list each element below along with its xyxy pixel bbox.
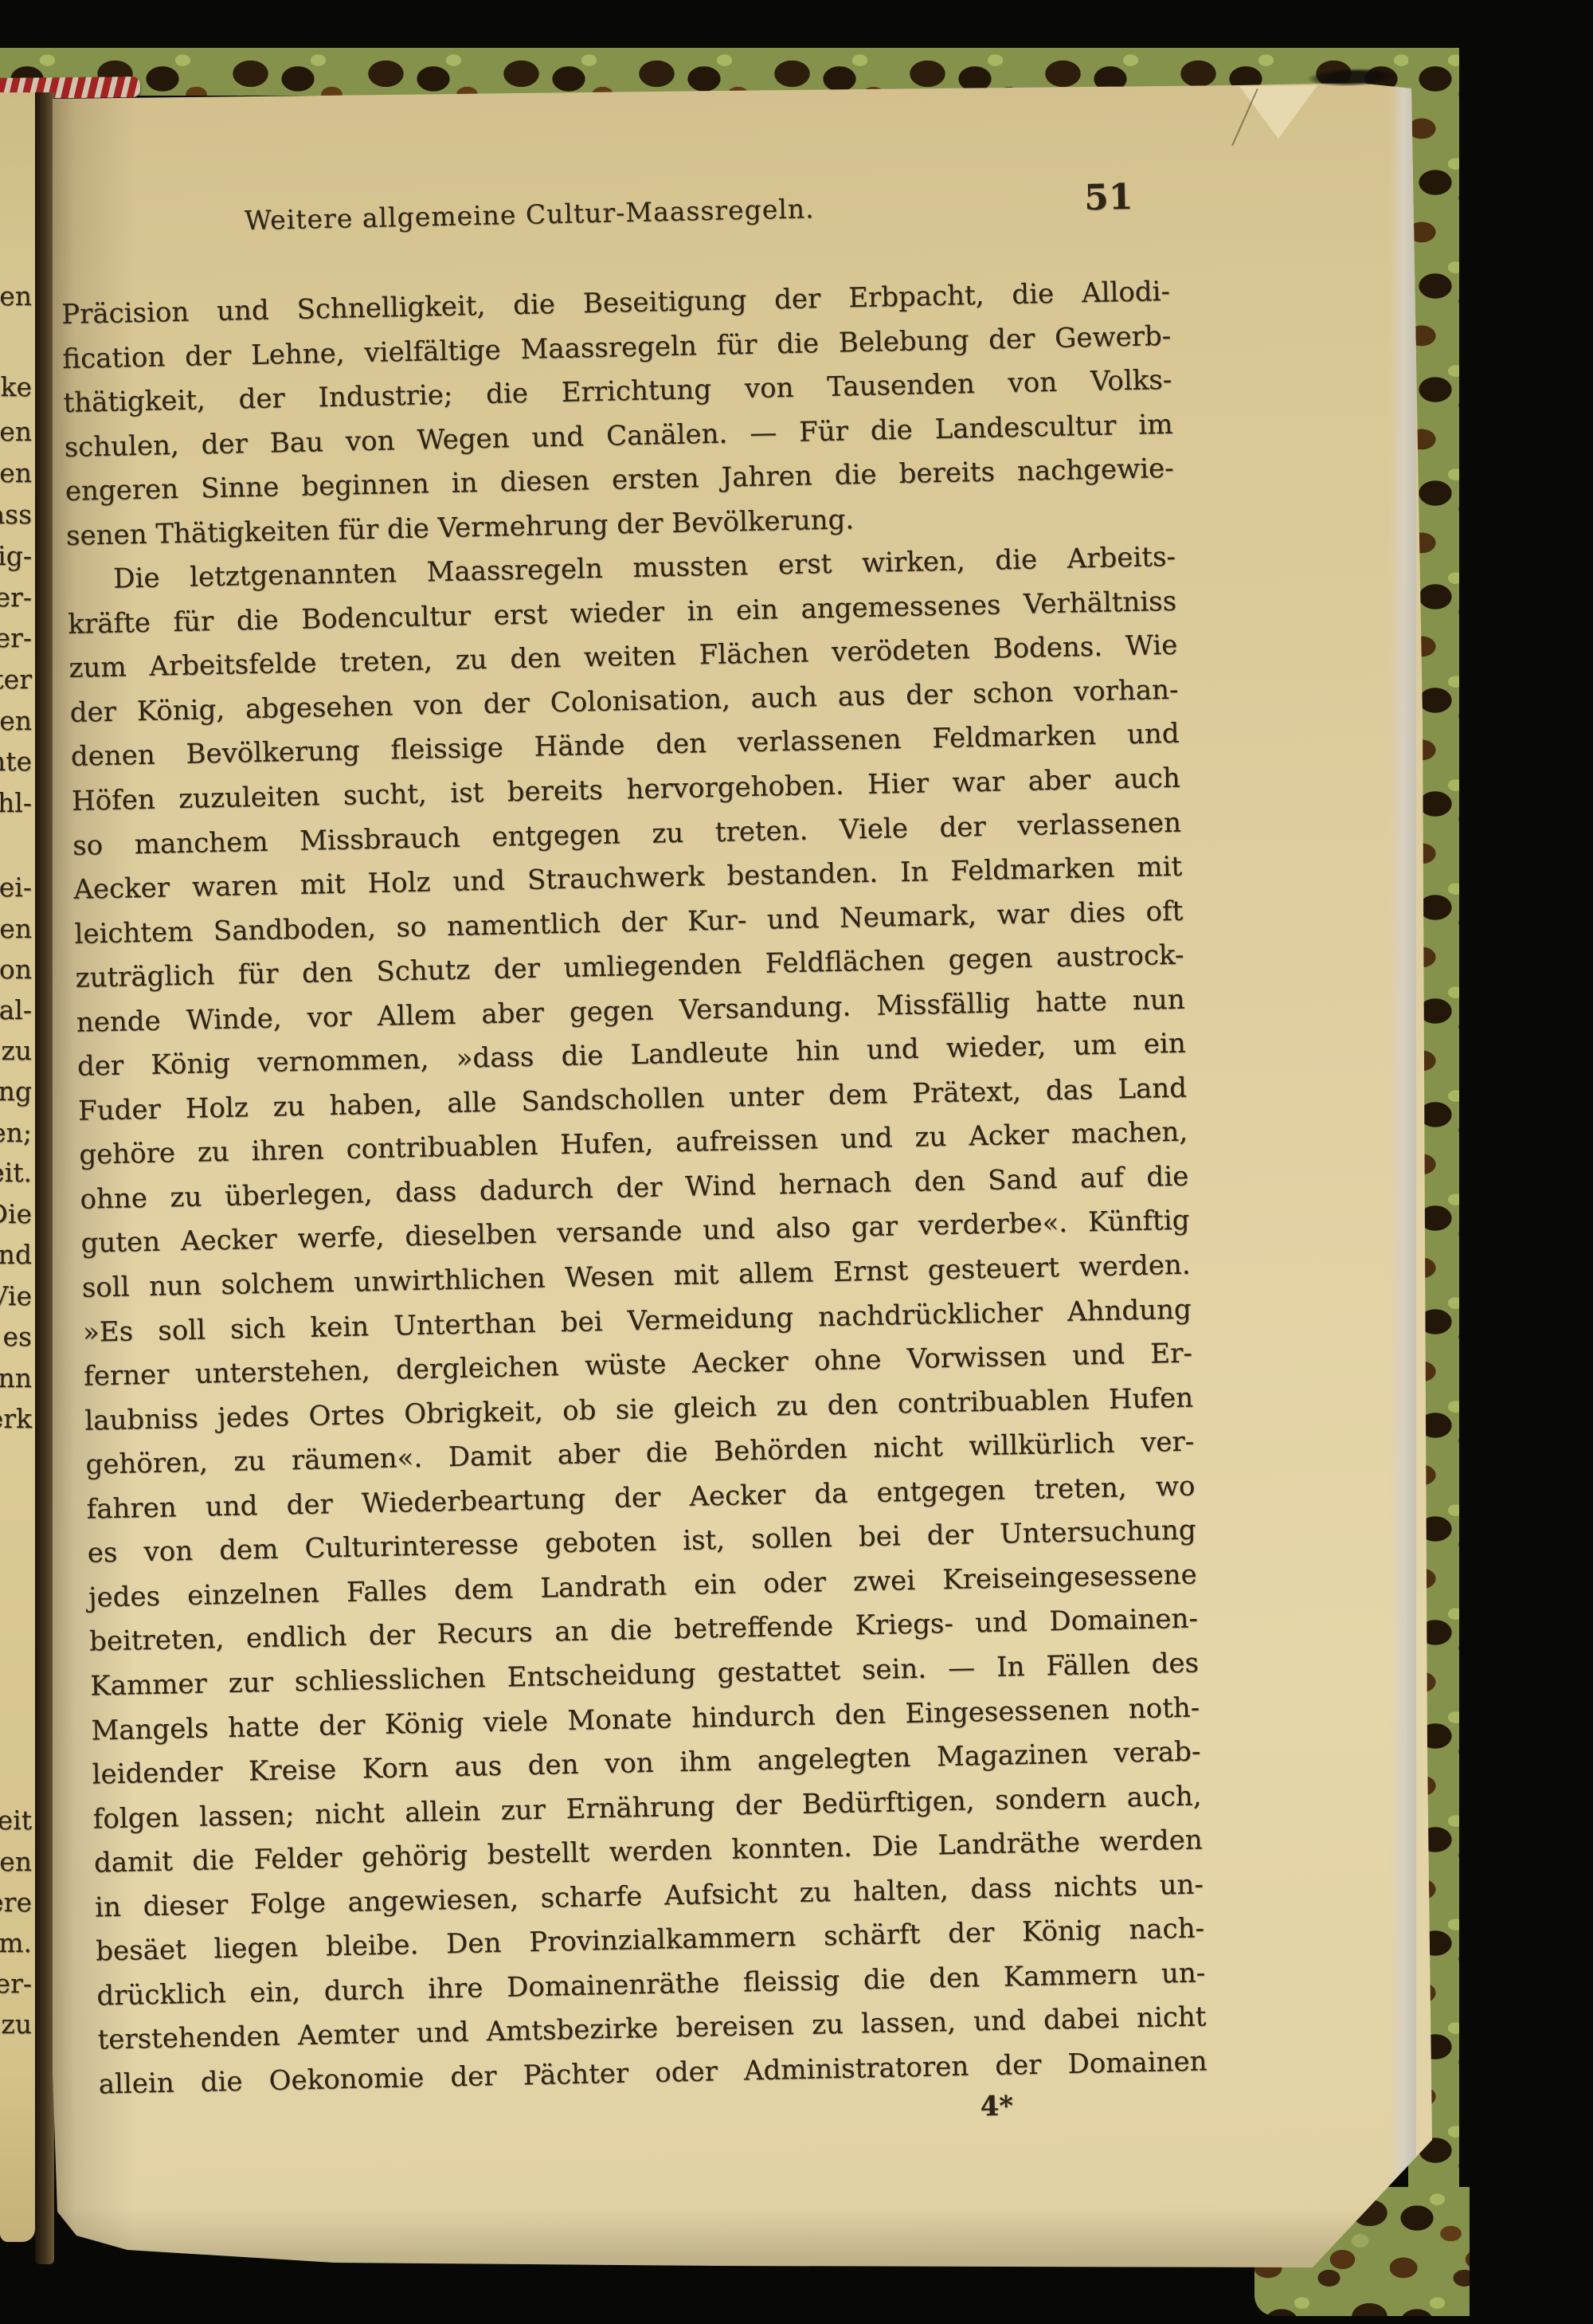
text-lines: Präcision und Schnelligkeit, die Beseiti… — [61, 270, 1207, 2107]
page-corner-crease — [1231, 88, 1258, 146]
facing-page-fragment: en; — [0, 1117, 32, 1149]
running-header: Weitere allgemeine Cultur-Maassregeln. — [59, 189, 1000, 240]
facing-page-fragment: hl- — [0, 787, 32, 819]
facing-page-fragment: len — [0, 457, 32, 489]
facing-page-fragment: ei- — [0, 872, 32, 903]
facing-page-fragment: ig- — [0, 540, 32, 572]
facing-page-fragment: ere — [0, 1887, 32, 1918]
facing-page-fragment: Die — [0, 1198, 32, 1230]
facing-page-fragment: zu — [1, 1035, 32, 1067]
facing-page-fragment: ung — [0, 1076, 32, 1107]
facing-page-fragment: er- — [0, 582, 32, 613]
facing-page-fragment: enn — [0, 1362, 32, 1394]
facing-page-fragment: nen — [0, 913, 32, 945]
facing-page-fragment: er- — [0, 622, 32, 654]
facing-page-edge: enkelenlenassig-er-er-tergenntehl-ei-nen… — [0, 92, 35, 2242]
facing-page-fragment: nte — [0, 746, 32, 778]
facing-page-fragment: ter — [0, 664, 32, 696]
facing-page-fragment: len — [0, 416, 32, 448]
page-corner-fold — [1235, 83, 1330, 143]
facing-page-fragment: eit. — [0, 1157, 32, 1189]
facing-page-fragment: ass — [0, 499, 32, 531]
facing-page-fragment: um. — [0, 1927, 32, 1959]
page-bottom-shading — [48, 2207, 1434, 2271]
facing-page-fragment: en — [0, 280, 32, 312]
facing-page-fragment: Vie — [0, 1280, 32, 1312]
facing-page-fragment: und — [0, 1239, 32, 1271]
facing-page-fragment: hen — [0, 1846, 32, 1878]
printed-text-block: Weitere allgemeine Cultur-Maassregeln. 5… — [59, 168, 1209, 2167]
corner-shadow-smudge — [1308, 67, 1398, 88]
facing-page-fragment: von — [0, 954, 32, 986]
facing-page-fragment: es — [3, 1321, 32, 1353]
page-fore-edge — [1389, 83, 1416, 2269]
facing-page-fragment: zu — [1, 2009, 32, 2040]
scanned-book-photo: { "book": { "running_header": "Weitere a… — [0, 0, 1593, 2324]
facing-page-fragment: er- — [0, 1968, 32, 2000]
facing-page-fragment: erk — [0, 1403, 32, 1435]
gutter-shadow — [35, 92, 54, 2264]
signature-mark: 4* — [980, 2090, 1013, 2122]
page-number: 51 — [1084, 177, 1133, 218]
facing-page-fragment: ke — [0, 371, 32, 403]
facing-page-fragment: gen — [0, 705, 32, 737]
facing-page-fragment: al- — [0, 994, 32, 1026]
facing-page-fragment: zeit — [0, 1805, 32, 1836]
